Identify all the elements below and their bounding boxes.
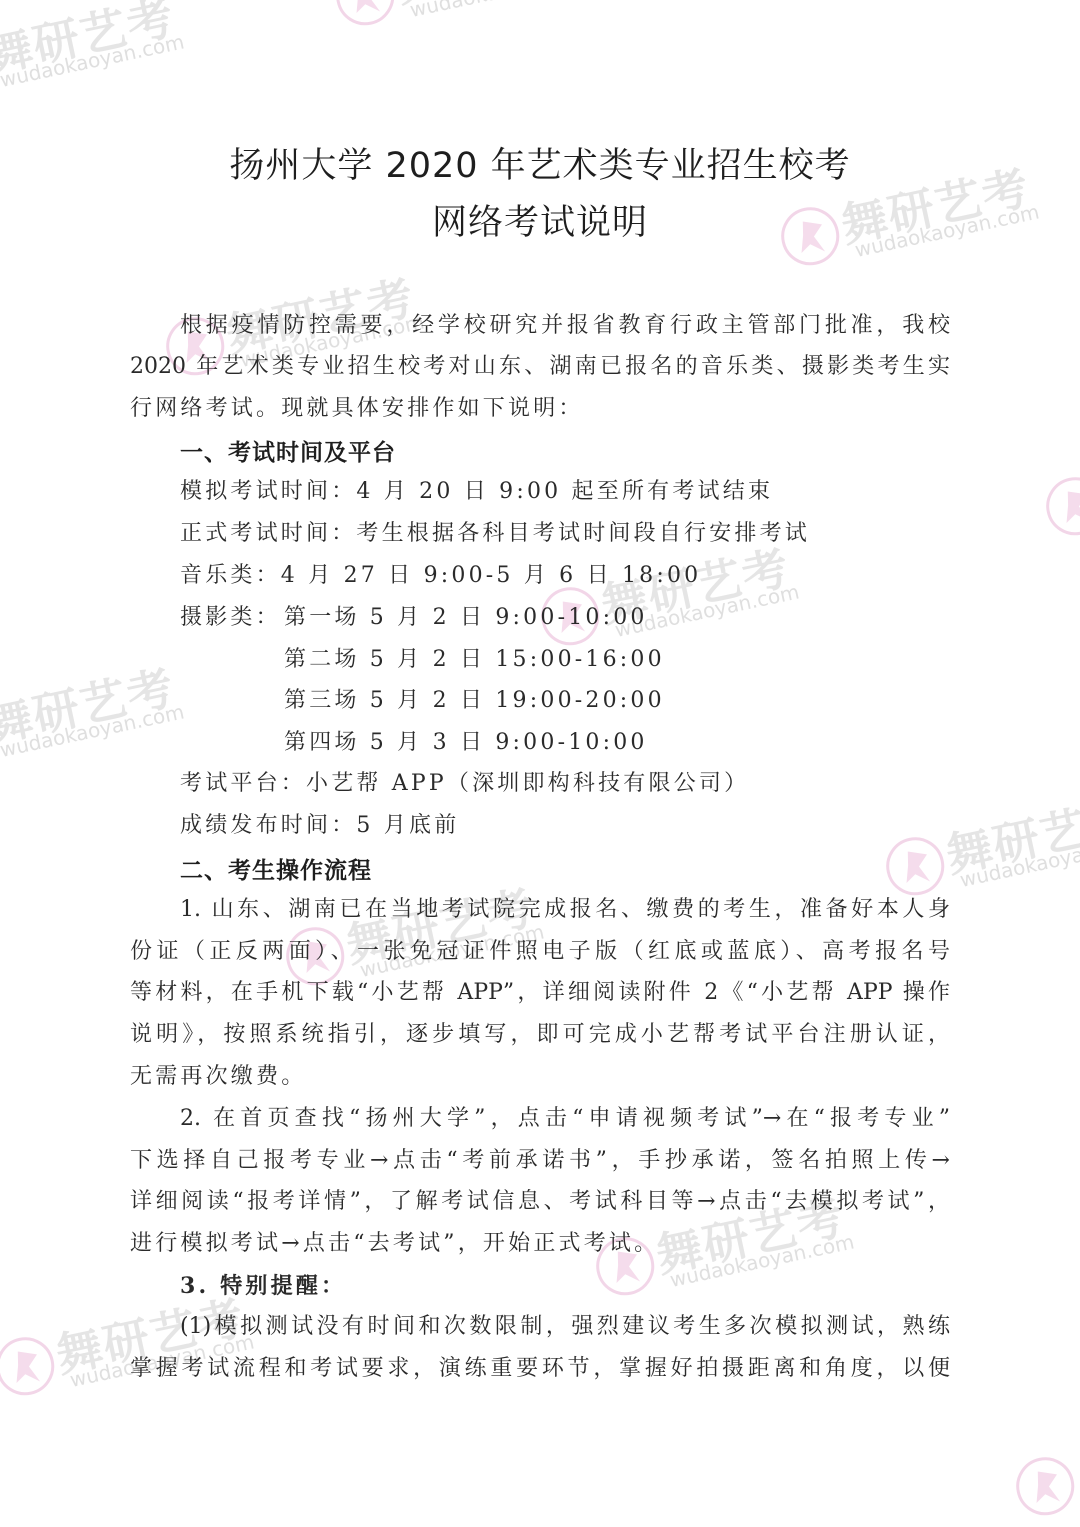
photography-session: 第一场 5 月 2 日 9:00-10:00 — [284, 603, 648, 633]
music-exam-time: 音乐类：4 月 27 日 9:00-5 月 6 日 18:00 — [180, 561, 701, 591]
watermark-cn: 舞研艺考 — [389, 0, 591, 16]
step3-item-line: 掌握考试流程和考试要求，演练重要环节，掌握好拍摄距离和角度，以便 — [130, 1354, 950, 1384]
intro-line: 行网络考试。现就具体安排作如下说明： — [130, 394, 584, 424]
photography-session: 第二场 5 月 2 日 15:00-16:00 — [284, 645, 665, 675]
exam-platform: 考试平台：小艺帮 APP（深圳即构科技有限公司） — [180, 769, 749, 799]
formal-exam-time: 正式考试时间：考生根据各科目考试时间段自行安排考试 — [180, 519, 810, 549]
section1-heading: 一、考试时间及平台 — [180, 434, 396, 467]
dancer-logo-icon — [331, 0, 400, 31]
intro-line: 2020 年艺术类专业招生校考对山东、湖南已报名的音乐类、摄影类考生实 — [130, 352, 950, 382]
step1-line: 无需再次缴费。 — [130, 1062, 306, 1092]
step1-line: 说明》，按照系统指引，逐步填写，即可完成小艺帮考试平台注册认证， — [130, 1020, 950, 1050]
step3-heading: 3. 特别提醒： — [180, 1271, 346, 1301]
section2-heading: 二、考生操作流程 — [180, 852, 372, 885]
dancer-logo-icon — [1011, 1452, 1080, 1521]
mock-exam-time: 模拟考试时间：4 月 20 日 9:00 起至所有考试结束 — [180, 477, 773, 507]
document-title-line1: 扬州大学 2020 年艺术类专业招生校考 — [0, 138, 1080, 188]
intro-line: 根据疫情防控需要，经学校研究并报省教育行政主管部门批准，我校 — [180, 311, 950, 341]
photography-session: 第三场 5 月 2 日 19:00-20:00 — [284, 686, 665, 716]
photography-session: 第四场 5 月 3 日 9:00-10:00 — [284, 728, 648, 758]
watermark-en: wudaokaoyan.com — [668, 1229, 857, 1292]
document-title-line2: 网络考试说明 — [0, 195, 1080, 245]
step1-line: 等材料，在手机下载“小艺帮 APP”，详细阅读附件 2《“小艺帮 APP 操作 — [130, 978, 950, 1008]
watermark-en: wudaokaoyan.com — [0, 699, 186, 762]
dancer-logo-icon — [881, 832, 950, 901]
watermark-cn: 舞研艺考 — [0, 651, 181, 755]
watermark-en: wudaokaoyan.com — [408, 0, 597, 22]
dancer-logo-icon — [0, 1332, 60, 1401]
dancer-logo-icon — [1041, 472, 1080, 541]
results-release: 成绩发布时间：5 月底前 — [180, 811, 459, 841]
step1-line: 份证（正反两面）、一张免冠证件照电子版（红底或蓝底）、高考报名号 — [130, 937, 950, 967]
step1-line: 1. 山东、湖南已在当地考试院完成报名、缴费的考生，准备好本人身 — [180, 895, 950, 925]
watermark-cn: 舞研艺考 — [939, 781, 1080, 885]
watermark-en: wudaokaoyan.com — [958, 829, 1080, 892]
photography-label: 摄影类： — [180, 603, 281, 633]
step2-line: 2. 在首页查找“扬州大学”，点击“申请视频考试”→在“报考专业” — [180, 1104, 950, 1134]
watermark-cn: 舞研艺考 — [0, 0, 181, 86]
step2-line: 详细阅读“报考详情”，了解考试信息、考试科目等→点击“去模拟考试”， — [130, 1187, 950, 1217]
step2-line: 下选择自己报考专业→点击“考前承诺书”，手抄承诺，签名拍照上传→ — [130, 1146, 950, 1176]
step3-item-line: (1)模拟测试没有时间和次数限制，强烈建议考生多次模拟测试，熟练 — [180, 1312, 950, 1342]
step2-line: 进行模拟考试→点击“去考试”，开始正式考试。 — [130, 1229, 659, 1259]
watermark-en: wudaokaoyan.com — [0, 29, 186, 92]
